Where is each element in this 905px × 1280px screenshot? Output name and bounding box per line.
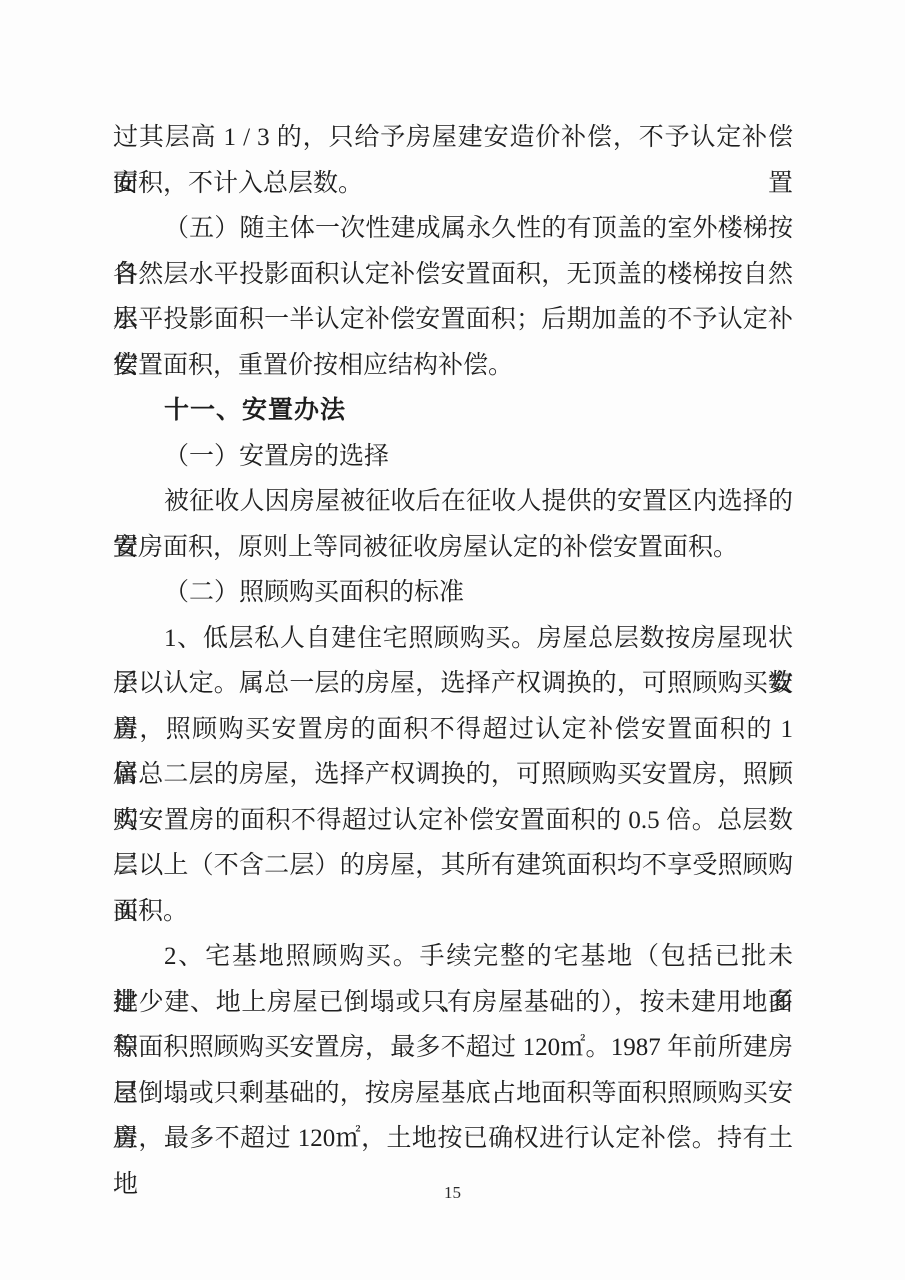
text-line: 已倒塌或只剩基础的，按房屋基底占地面积等面积照顾购买安置 — [113, 1071, 793, 1117]
text-line: 安置面积，重置价按相应结构补偿。 — [113, 343, 793, 389]
text-line: 水平投影面积一半认定补偿安置面积；后期加盖的不予认定补偿 — [113, 297, 793, 343]
text-line: 面积。 — [113, 889, 793, 935]
section-heading: 十一、安置办法 — [113, 388, 793, 434]
document-text-block: 过其层高 1 / 3 的，只给予房屋建安造价补偿，不予认定补偿安置面积，不计入总… — [113, 115, 793, 1162]
text-line: 属总二层的房屋，选择产权调换的，可照顾购买安置房，照顾购 — [113, 752, 793, 798]
text-line: 买安置房的面积不得超过认定补偿安置面积的 0.5 倍。总层数二 — [113, 798, 793, 844]
page-number: 15 — [0, 1183, 905, 1203]
text-line: （五）随主体一次性建成属永久性的有顶盖的室外楼梯按各 — [113, 206, 793, 252]
document-page: 过其层高 1 / 3 的，只给予房屋建安造价补偿，不予认定补偿安置面积，不计入总… — [0, 0, 905, 1280]
text-line: 层以上（不含二层）的房屋，其所有建筑面积均不享受照顾购买 — [113, 843, 793, 889]
text-line: 被征收人因房屋被征收后在征收人提供的安置区内选择的安 — [113, 479, 793, 525]
text-line: 予以认定。属总一层的房屋，选择产权调换的，可照顾购买安置 — [113, 661, 793, 707]
text-line: 置房面积，原则上等同被征收房屋认定的补偿安置面积。 — [113, 525, 793, 571]
text-line: 2、宅基地照顾购买。手续完整的宅基地（包括已批未建、多 — [113, 934, 793, 980]
text-line: 房，最多不超过 120㎡，土地按已确权进行认定补偿。持有土地 — [113, 1116, 793, 1162]
text-line: （一）安置房的选择 — [113, 434, 793, 480]
text-line: 1、低层私人自建住宅照顾购买。房屋总层数按房屋现状层数 — [113, 616, 793, 662]
text-line: 自然层水平投影面积认定补偿安置面积，无顶盖的楼梯按自然层 — [113, 252, 793, 298]
text-line: 过其层高 1 / 3 的，只给予房屋建安造价补偿，不予认定补偿安置 — [113, 115, 793, 161]
text-line: 等面积照顾购买安置房，最多不超过 120㎡。1987 年前所建房屋 — [113, 1025, 793, 1071]
text-line: （二）照顾购买面积的标准 — [113, 570, 793, 616]
text-line: 批少建、地上房屋已倒塌或只有房屋基础的），按未建用地面积 — [113, 980, 793, 1026]
text-line: 房，照顾购买安置房的面积不得超过认定补偿安置面积的 1 倍； — [113, 707, 793, 753]
